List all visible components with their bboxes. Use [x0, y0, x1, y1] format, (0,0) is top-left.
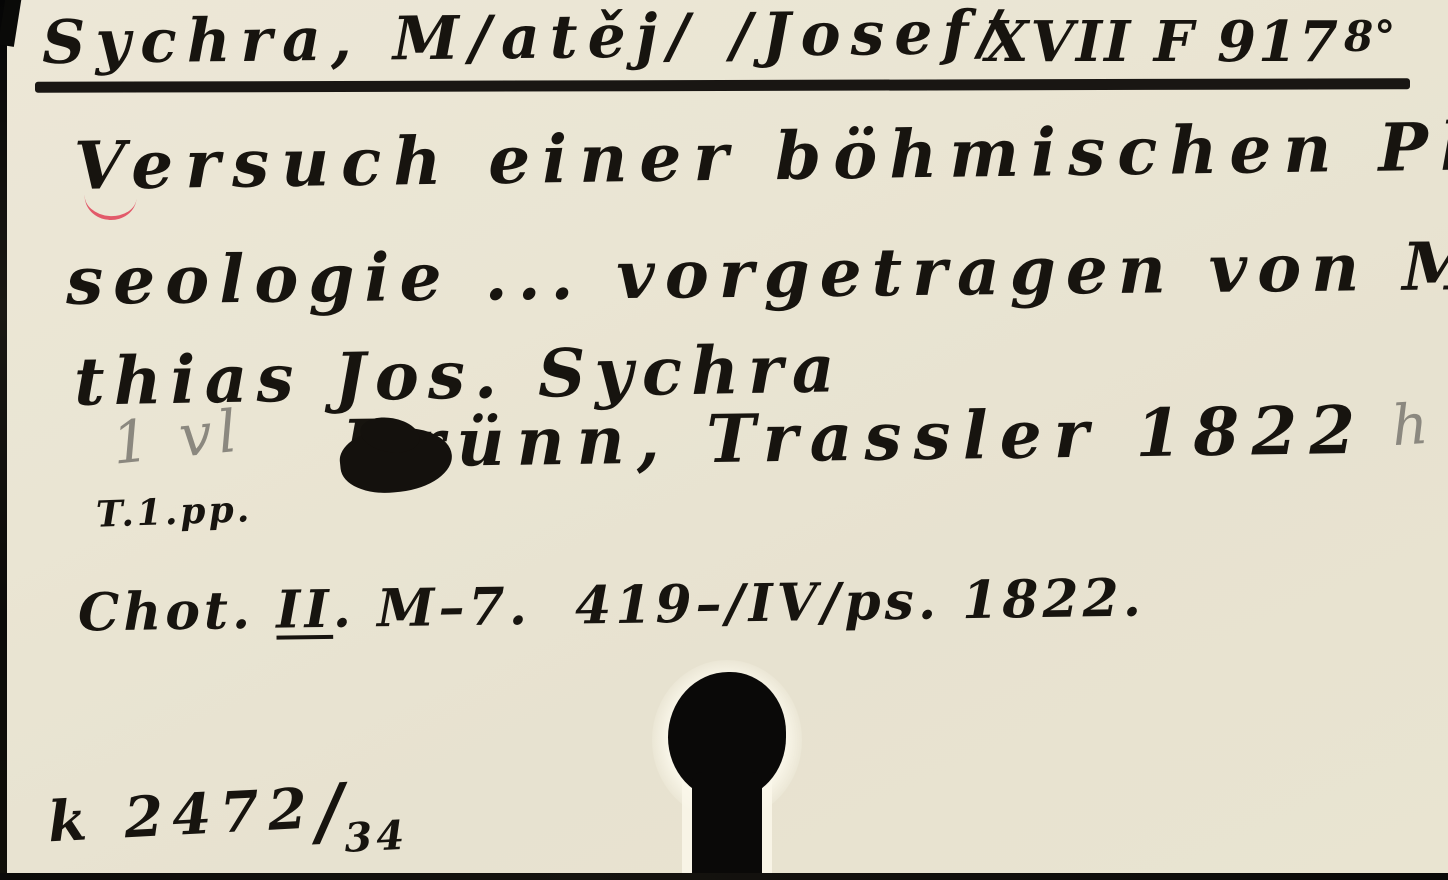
title-line-2: seologie ... vorgetragen von Ma-: [66, 232, 1448, 314]
accession-denominator: 34: [343, 816, 409, 859]
reference-roman-numeral: II: [276, 579, 334, 641]
red-pencil-mark: [83, 190, 137, 222]
title-line-1: Versuch einer böhmischen Phra-: [74, 111, 1448, 199]
accession-prefix: k 2472: [46, 775, 317, 855]
accession-number: k 2472/34: [46, 771, 408, 864]
format-notation: 8°: [1344, 16, 1396, 58]
heading-underline: [35, 78, 1410, 93]
pencil-note-left: 1 vl: [109, 401, 245, 472]
pencil-note-right: h: [1390, 397, 1430, 455]
card-left-edge-notch: [0, 0, 22, 47]
reference-part-1: Chot.: [78, 580, 277, 644]
card-bottom-edge: [0, 873, 1448, 880]
shelfmark: XVII F 917: [985, 14, 1340, 70]
author-heading: Sychra, M/atěj/ /Josef/: [42, 3, 1011, 73]
imprint-line: Brünn, Trassler 1822: [342, 397, 1368, 477]
reference-part-3: . M–7. 419–/IV/ps. 1822.: [332, 568, 1145, 640]
card-left-edge: [0, 0, 7, 880]
accession-slash: /: [314, 768, 345, 855]
catalog-card: Sychra, M/atěj/ /Josef/ XVII F 917 8° Ve…: [0, 0, 1448, 880]
reference-line: Chot. II. M–7. 419–/IV/ps. 1822.: [78, 573, 1146, 640]
punch-hole-stem: [692, 772, 762, 880]
volume-pages-note: T.1.pp.: [95, 491, 252, 532]
